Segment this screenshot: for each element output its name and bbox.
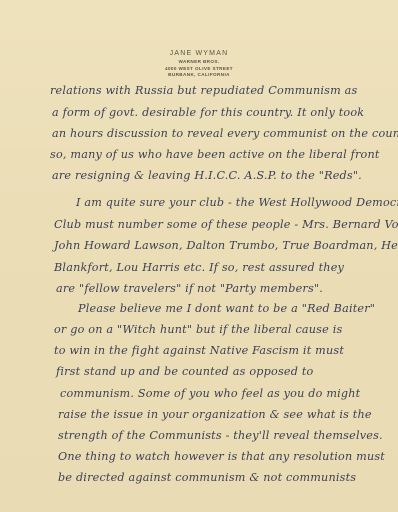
letter-line: strength of the Communists - they'll rev…: [58, 429, 383, 442]
letter-line: to win in the fight against Native Fasci…: [54, 344, 344, 357]
letter-line: so, many of us who have been active on t…: [50, 148, 380, 161]
letter-line: are "fellow travelers" if not "Party mem…: [56, 282, 323, 295]
letter-body: relations with Russia but repudiated Com…: [0, 0, 398, 512]
letter-line: raise the issue in your organization & s…: [58, 408, 372, 421]
letter-line: or go on a "Witch hunt" but if the liber…: [54, 323, 342, 336]
letter-line: an hours discussion to reveal every comm…: [52, 127, 398, 140]
letter-line: Please believe me I dont want to be a "R…: [78, 302, 375, 315]
letter-page: JANE WYMAN WARNER BROS. 4000 WEST OLIVE …: [0, 0, 398, 512]
letter-line: I am quite sure your club - the West Hol…: [76, 196, 398, 209]
letter-line: One thing to watch however is that any r…: [58, 450, 385, 463]
letter-line: first stand up and be counted as opposed…: [56, 365, 313, 378]
letter-line: John Howard Lawson, Dalton Trumbo, True …: [54, 239, 398, 252]
letter-line: be directed against communism & not comm…: [58, 471, 356, 484]
letter-line: Club must number some of these people - …: [54, 218, 398, 231]
letter-line: relations with Russia but repudiated Com…: [50, 84, 350, 97]
letter-line: communism. Some of you who feel as you d…: [60, 387, 360, 400]
letter-line: a form of govt. desirable for this count…: [52, 106, 364, 119]
letter-line: Blankfort, Lou Harris etc. If so, rest a…: [54, 261, 344, 274]
letter-line: are resigning & leaving H.I.C.C. A.S.P. …: [52, 169, 362, 182]
